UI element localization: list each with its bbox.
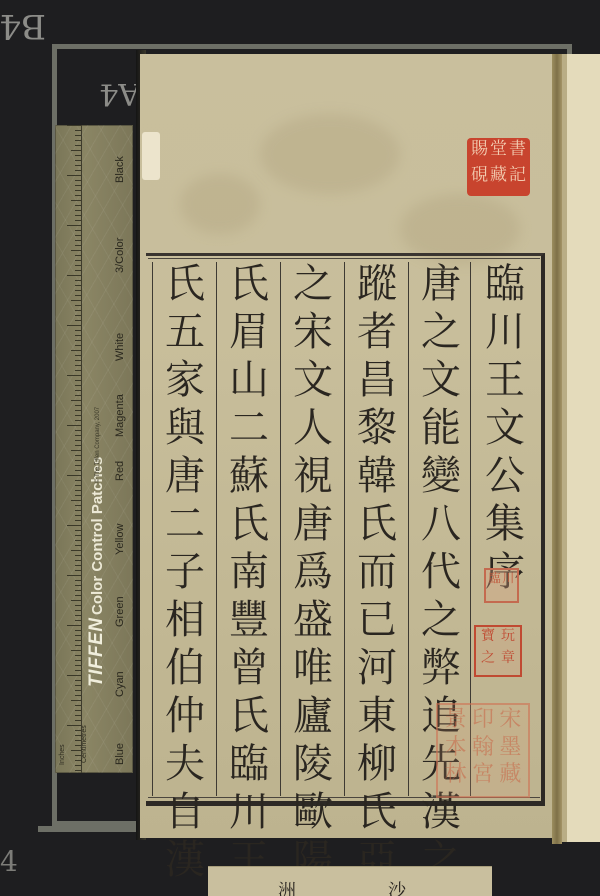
patch-label-yellow: Yellow bbox=[114, 524, 126, 555]
column-rule bbox=[216, 262, 217, 796]
collector-seal-medium: 寶 玩 之 章 bbox=[474, 625, 522, 677]
column-rule bbox=[344, 262, 345, 796]
column-rule bbox=[152, 262, 153, 796]
patch-label-red: Red bbox=[114, 461, 126, 481]
column-rule bbox=[408, 262, 409, 796]
patch-label-black: Black bbox=[114, 156, 126, 183]
color-control-strip: Inches Centimetres TIFFEN Color Control … bbox=[55, 125, 133, 773]
patch-label-white: White bbox=[114, 333, 126, 361]
text-column-2: 蹤 者 昌 黎 韓 氏 而 已 河 東 柳 氏 亞 bbox=[348, 260, 406, 794]
size-label-a4: A4 bbox=[90, 76, 140, 111]
tiffen-logo: TIFFEN bbox=[86, 618, 108, 688]
lower-page-slip: 洲 沙 bbox=[208, 866, 492, 896]
facing-page bbox=[562, 54, 600, 842]
text-column-5: 氏 五 家 與 唐 二 子 相 伯 仲 夫 自 漢 bbox=[156, 260, 214, 794]
patch-label-green: Green bbox=[114, 596, 126, 627]
centimetres-label: Centimetres bbox=[81, 725, 88, 763]
text-column-4: 氏 眉 山 二 蘇 氏 南 豐 曾 氏 臨 川 王 bbox=[220, 260, 278, 794]
collector-seal-top: 賜 堂 書 硯 藏 記 bbox=[467, 138, 530, 196]
a4-outline-bottom bbox=[38, 826, 148, 832]
text-column-3: 之 宋 文 人 視 唐 爲 盛 唯 廬 陵 歐 陽 bbox=[284, 260, 342, 794]
strip-text-layer: Inches Centimetres TIFFEN Color Control … bbox=[55, 125, 133, 773]
copyright-text: © The Tiffen Company, 2007 bbox=[95, 407, 101, 483]
patch-label-3color: 3/Color bbox=[114, 238, 126, 273]
size-label-4: 4 bbox=[0, 845, 18, 878]
collector-seal-faint: 景 印 宋 本 翰 墨 林 宮 藏 bbox=[436, 703, 530, 798]
page-edge bbox=[552, 54, 562, 844]
patch-label-blue: Blue bbox=[114, 743, 126, 765]
patch-label-cyan: Cyan bbox=[114, 671, 126, 697]
collector-seal-small: 臨 川 bbox=[484, 568, 519, 603]
page-tear bbox=[142, 132, 160, 180]
column-rule bbox=[280, 262, 281, 796]
patch-label-magenta: Magenta bbox=[114, 394, 126, 437]
inches-label: Inches bbox=[59, 744, 66, 765]
size-label-b4: B4 bbox=[0, 0, 46, 46]
